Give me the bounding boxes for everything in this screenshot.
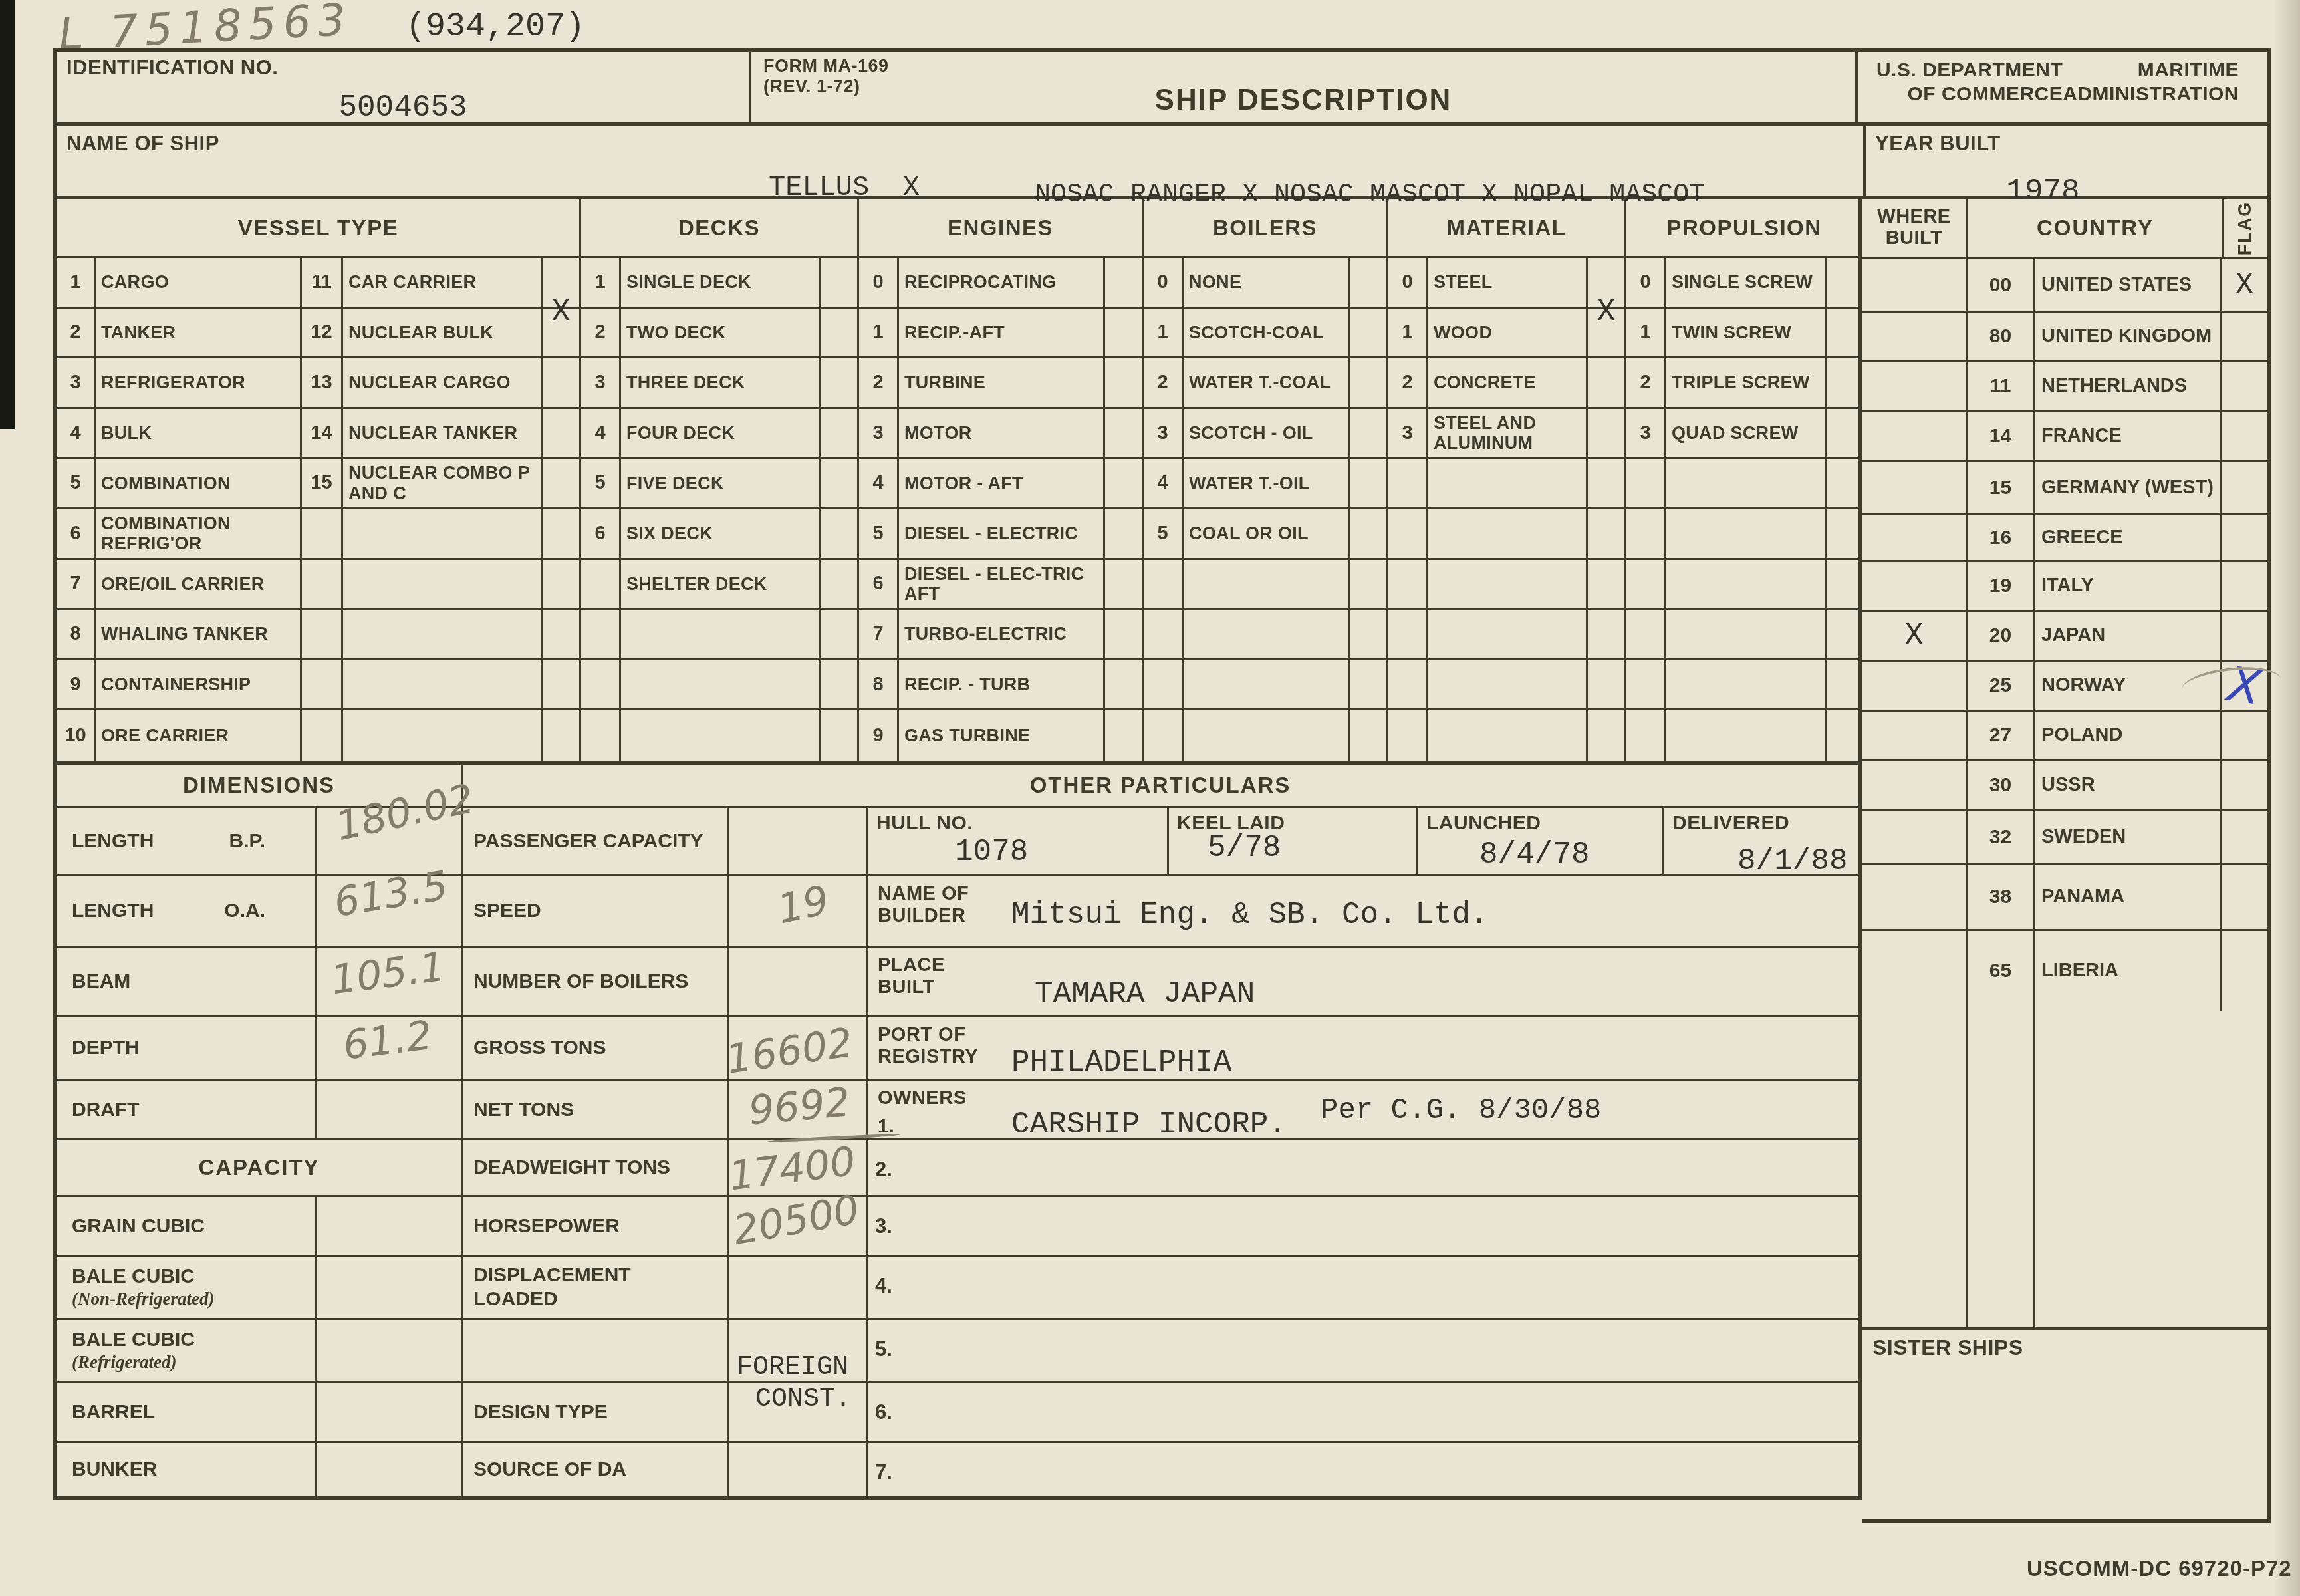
material-num: 1 — [1388, 309, 1428, 359]
propulsion-label — [1666, 509, 1827, 560]
decks-checkbox — [821, 258, 859, 309]
net-tons-value: 9692 — [729, 1081, 868, 1140]
where-built-cell — [1862, 362, 1968, 412]
bale-cubic-nr-value — [317, 1257, 463, 1320]
other-particulars-header: OTHER PARTICULARS — [463, 765, 1858, 808]
vessel-type-num: 12 — [302, 309, 343, 359]
classification-grid: VESSEL TYPE DECKS ENGINES BOILERS MATERI… — [53, 199, 1862, 765]
vessel-type-checkbox — [543, 509, 581, 560]
propulsion-checkbox — [1827, 459, 1862, 509]
ship-name-value: TELLUS X — [769, 172, 920, 203]
dimensions-particulars-grid: DIMENSIONS OTHER PARTICULARS LENGTHB.P. … — [53, 765, 1862, 1500]
vessel-type-label: COMBINATION REFRIG'OR — [96, 509, 302, 560]
engines-label: RECIP. - TURB — [899, 660, 1105, 711]
flag-cell — [2222, 811, 2267, 864]
year-built-label: YEAR BUILT — [1875, 132, 2001, 156]
country-name: GERMANY (WEST) — [2035, 462, 2222, 515]
decks-num — [581, 660, 621, 711]
source-of-data-value — [729, 1443, 868, 1496]
department-box: U.S. DEPARTMENT OF COMMERCE MARITIME ADM… — [1858, 52, 2267, 122]
where-built-cell: X — [1862, 612, 1968, 662]
particulars-row-5: 5. — [868, 1320, 1858, 1383]
displacement-loaded-value — [729, 1257, 868, 1320]
horsepower-value: 20500 — [729, 1197, 868, 1257]
propulsion-label — [1666, 560, 1827, 610]
material-num — [1388, 660, 1428, 711]
where-built-cell — [1862, 562, 1968, 612]
vessel-type-label: COMBINATION — [96, 459, 302, 509]
country-code: 20 — [1968, 612, 2035, 662]
boilers-num: 3 — [1144, 409, 1184, 460]
boilers-label — [1184, 560, 1350, 610]
boilers-num — [1144, 660, 1184, 711]
keel-laid-cell: KEEL LAID 5/78 — [1169, 808, 1418, 874]
engines-num: 0 — [859, 258, 899, 309]
draft-value — [317, 1081, 463, 1140]
launched-cell: LAUNCHED 8/4/78 — [1418, 808, 1664, 874]
form-print-code: USCOMM-DC 69720-P72 — [2027, 1556, 2292, 1581]
design-type-value-line2: CONST. — [729, 1383, 868, 1443]
engines-label: RECIPROCATING — [899, 258, 1105, 309]
propulsion-checkbox — [1827, 358, 1862, 409]
propulsion-checkbox — [1827, 610, 1862, 660]
boilers-checkbox — [1350, 710, 1388, 761]
vessel-type-label — [343, 710, 543, 761]
where-built-cell — [1862, 462, 1968, 515]
country-name: LIBERIA — [2035, 931, 2222, 1011]
vessel-type-num — [302, 560, 343, 610]
country-name: UNITED STATES — [2035, 259, 2222, 313]
vessel-type-checkbox — [543, 560, 581, 610]
flag-cell — [2222, 412, 2267, 462]
department-label: U.S. DEPARTMENT OF COMMERCE MARITIME ADM… — [1858, 59, 2253, 106]
country-code: 27 — [1968, 712, 2035, 761]
material-label — [1428, 610, 1588, 660]
vessel-type-label — [343, 610, 543, 660]
vessel-type-label: ORE CARRIER — [96, 710, 302, 761]
bale-cubic-nr-label: BALE CUBIC(Non-Refrigerated) — [57, 1257, 317, 1320]
engines-num: 1 — [859, 309, 899, 359]
particulars-row-2: 2. — [868, 1140, 1858, 1197]
vessel-type-num: 10 — [57, 710, 96, 761]
displacement-loaded-label: DISPLACEMENT LOADED — [463, 1257, 729, 1320]
boilers-checkbox — [1350, 610, 1388, 660]
decks-num: 1 — [581, 258, 621, 309]
decks-label: SINGLE DECK — [621, 258, 821, 309]
propulsion-label — [1666, 660, 1827, 711]
material-label: STEEL — [1428, 258, 1588, 309]
length-oa-label: LENGTHO.A. — [57, 876, 317, 948]
decks-num — [581, 560, 621, 610]
country-name: UNITED KINGDOM — [2035, 313, 2222, 362]
vessel-type-label: NUCLEAR TANKER — [343, 409, 543, 460]
material-checkbox: X — [1588, 258, 1626, 309]
boilers-checkbox — [1350, 660, 1388, 711]
particulars-row-6: 6. — [868, 1383, 1858, 1443]
engines-label: TURBINE — [899, 358, 1105, 409]
country-header: COUNTRY — [1968, 199, 2224, 257]
decks-label: FOUR DECK — [621, 409, 821, 460]
boilers-header: BOILERS — [1144, 199, 1388, 258]
material-header: MATERIAL — [1388, 199, 1626, 258]
material-num — [1388, 459, 1428, 509]
country-name: NETHERLANDS — [2035, 362, 2222, 412]
flag-pen-x-mark: X — [2224, 656, 2265, 716]
vessel-type-label: CARGO — [96, 258, 302, 309]
gross-tons-label: GROSS TONS — [463, 1017, 729, 1081]
vessel-type-num — [302, 610, 343, 660]
country-code: 65 — [1968, 931, 2035, 1011]
where-built-cell — [1862, 412, 1968, 462]
engines-checkbox — [1105, 710, 1144, 761]
engines-num: 8 — [859, 660, 899, 711]
engines-checkbox — [1105, 258, 1144, 309]
form-number-box: FORM MA-169 (REV. 1-72) SHIP DESCRIPTION — [751, 52, 1858, 122]
bunker-label: BUNKER — [57, 1443, 317, 1496]
propulsion-checkbox — [1827, 409, 1862, 460]
where-built-cell — [1862, 864, 1968, 931]
decks-num: 5 — [581, 459, 621, 509]
vessel-type-checkbox — [543, 660, 581, 711]
boilers-label: NONE — [1184, 258, 1350, 309]
decks-label: FIVE DECK — [621, 459, 821, 509]
country-code: 32 — [1968, 811, 2035, 864]
material-checkbox — [1588, 610, 1626, 660]
vessel-type-num: 2 — [57, 309, 96, 359]
material-checkbox — [1588, 660, 1626, 711]
where-built-cell — [1862, 313, 1968, 362]
engines-num: 9 — [859, 710, 899, 761]
where-built-cell — [1862, 761, 1968, 811]
material-label: STEEL AND ALUMINUM — [1428, 409, 1588, 460]
boilers-checkbox — [1350, 258, 1388, 309]
flag-cell: X — [2222, 259, 2267, 313]
propulsion-label: TWIN SCREW — [1666, 309, 1827, 359]
country-name: POLAND — [2035, 712, 2222, 761]
propulsion-num — [1626, 509, 1666, 560]
decks-label: TWO DECK — [621, 309, 821, 359]
boilers-num — [1144, 610, 1184, 660]
passenger-capacity-value — [729, 808, 868, 876]
decks-num: 3 — [581, 358, 621, 409]
propulsion-label: SINGLE SCREW — [1666, 258, 1827, 309]
propulsion-num — [1626, 710, 1666, 761]
country-code: 80 — [1968, 313, 2035, 362]
number-of-boilers-label: NUMBER OF BOILERS — [463, 948, 729, 1017]
vessel-type-label: TANKER — [96, 309, 302, 359]
port-of-registry-cell: PORT OFREGISTRY PHILADELPHIA — [868, 1017, 1858, 1081]
decks-header: DECKS — [581, 199, 859, 258]
propulsion-num — [1626, 459, 1666, 509]
length-bp-label: LENGTHB.P. — [57, 808, 317, 876]
boilers-checkbox — [1350, 509, 1388, 560]
boilers-label — [1184, 610, 1350, 660]
flag-cell — [2222, 612, 2267, 662]
sister-ships-box: SISTER SHIPS — [1862, 1327, 2267, 1519]
vessel-type-label — [343, 560, 543, 610]
engines-header: ENGINES — [859, 199, 1144, 258]
vessel-type-checkbox: X — [543, 258, 581, 309]
engines-checkbox — [1105, 358, 1144, 409]
country-code: 11 — [1968, 362, 2035, 412]
flag-cell — [2222, 761, 2267, 811]
horsepower-label: HORSEPOWER — [463, 1197, 729, 1257]
form-header-band: IDENTIFICATION NO. 5004653 FORM MA-169 (… — [53, 48, 2271, 126]
material-checkbox-x-mark: X — [1588, 295, 1624, 329]
country-code: 16 — [1968, 515, 2035, 562]
country-code: 00 — [1968, 259, 2035, 313]
engines-checkbox — [1105, 309, 1144, 359]
scan-edge-strip — [0, 0, 15, 429]
country-grid: 00UNITED STATESX80UNITED KINGDOM11NETHER… — [1862, 259, 2267, 1011]
vessel-type-checkbox — [543, 459, 581, 509]
vessel-type-label: ORE/OIL CARRIER — [96, 560, 302, 610]
decks-checkbox — [821, 610, 859, 660]
vessel-type-header: VESSEL TYPE — [57, 199, 581, 258]
engines-num: 5 — [859, 509, 899, 560]
decks-checkbox — [821, 409, 859, 460]
vessel-type-num: 14 — [302, 409, 343, 460]
flag-cell — [2222, 462, 2267, 515]
where-built-cell — [1862, 931, 1968, 1011]
flag-x-mark: X — [2236, 268, 2254, 303]
propulsion-num: 2 — [1626, 358, 1666, 409]
country-code: 19 — [1968, 562, 2035, 612]
propulsion-num: 3 — [1626, 409, 1666, 460]
engines-checkbox — [1105, 409, 1144, 460]
material-checkbox — [1588, 509, 1626, 560]
boilers-label: SCOTCH - OIL — [1184, 409, 1350, 460]
material-num: 3 — [1388, 409, 1428, 460]
vessel-type-label — [343, 509, 543, 560]
name-of-builder-cell: NAME OFBUILDER Mitsui Eng. & SB. Co. Ltd… — [868, 876, 1858, 948]
country-panel: WHERE BUILT COUNTRY FLAG 00UNITED STATES… — [1862, 199, 2271, 1523]
material-num — [1388, 560, 1428, 610]
boilers-num: 0 — [1144, 258, 1184, 309]
ship-name-box: NAME OF SHIP TELLUS X NOSAC RANGER X NOS… — [57, 126, 1866, 196]
vessel-type-label: NUCLEAR CARGO — [343, 358, 543, 409]
propulsion-label: QUAD SCREW — [1666, 409, 1827, 460]
source-of-data-label: SOURCE OF DA — [463, 1443, 729, 1496]
hull-no-cell: HULL NO. 1078 — [868, 808, 1169, 874]
propulsion-header: PROPULSION — [1626, 199, 1862, 258]
propulsion-label: TRIPLE SCREW — [1666, 358, 1827, 409]
boilers-checkbox — [1350, 309, 1388, 359]
gross-tons-value: 16602 — [729, 1017, 868, 1081]
delivered-cell: DELIVERED 8/1/88 — [1664, 808, 1858, 874]
where-built-cell — [1862, 811, 1968, 864]
engines-label: RECIP.-AFT — [899, 309, 1105, 359]
draft-label: DRAFT — [57, 1081, 317, 1140]
typed-number-annotation: (934,207) — [406, 8, 585, 46]
engines-checkbox — [1105, 560, 1144, 610]
vessel-type-label: WHALING TANKER — [96, 610, 302, 660]
material-label — [1428, 509, 1588, 560]
vessel-type-label: CONTAINERSHIP — [96, 660, 302, 711]
country-name: ITALY — [2035, 562, 2222, 612]
propulsion-num — [1626, 560, 1666, 610]
particulars-row-4: 4. — [868, 1257, 1858, 1320]
design-type-empty-label — [463, 1320, 729, 1383]
material-checkbox — [1588, 710, 1626, 761]
boilers-checkbox — [1350, 358, 1388, 409]
propulsion-label — [1666, 710, 1827, 761]
decks-checkbox — [821, 358, 859, 409]
design-type-value-line1: FOREIGN — [729, 1320, 868, 1383]
vessel-type-label: NUCLEAR COMBO P AND C — [343, 459, 543, 509]
deadweight-tons-label: DEADWEIGHT TONS — [463, 1140, 729, 1197]
country-panel-empty-area — [1862, 1011, 2267, 1327]
country-code: 38 — [1968, 864, 2035, 931]
material-num — [1388, 509, 1428, 560]
boilers-label: SCOTCH-COAL — [1184, 309, 1350, 359]
vessel-type-num: 7 — [57, 560, 96, 610]
boilers-num — [1144, 710, 1184, 761]
boilers-num: 2 — [1144, 358, 1184, 409]
material-checkbox — [1588, 459, 1626, 509]
scanned-form-page: L 7518563 (934,207) IDENTIFICATION NO. 5… — [0, 0, 2300, 1596]
decks-label: THREE DECK — [621, 358, 821, 409]
barrel-label: BARREL — [57, 1383, 317, 1443]
country-name: SWEDEN — [2035, 811, 2222, 864]
boilers-num: 1 — [1144, 309, 1184, 359]
decks-num — [581, 610, 621, 660]
boilers-label: COAL OR OIL — [1184, 509, 1350, 560]
boilers-checkbox — [1350, 560, 1388, 610]
flag-cell — [2222, 515, 2267, 562]
vessel-type-checkbox — [543, 409, 581, 460]
boilers-num: 4 — [1144, 459, 1184, 509]
material-checkbox — [1588, 358, 1626, 409]
engines-checkbox — [1105, 660, 1144, 711]
flag-cell — [2222, 931, 2267, 1011]
vessel-type-label: REFRIGERATOR — [96, 358, 302, 409]
where-built-x-mark: X — [1905, 618, 1924, 653]
decks-checkbox — [821, 710, 859, 761]
where-built-cell — [1862, 712, 1968, 761]
propulsion-checkbox — [1827, 258, 1862, 309]
engines-label: DIESEL - ELEC-TRIC AFT — [899, 560, 1105, 610]
decks-label — [621, 610, 821, 660]
decks-label — [621, 660, 821, 711]
decks-num: 2 — [581, 309, 621, 359]
vessel-type-checkbox — [543, 710, 581, 761]
sister-ships-label: SISTER SHIPS — [1872, 1335, 2023, 1360]
decks-checkbox — [821, 560, 859, 610]
vessel-type-num: 3 — [57, 358, 96, 409]
engines-label: MOTOR — [899, 409, 1105, 460]
country-code: 15 — [1968, 462, 2035, 515]
decks-num: 6 — [581, 509, 621, 560]
bale-cubic-r-label: BALE CUBIC(Refrigerated) — [57, 1320, 317, 1383]
propulsion-checkbox — [1827, 710, 1862, 761]
flag-cell — [2222, 562, 2267, 612]
particulars-row-3: 3. — [868, 1197, 1858, 1257]
boilers-num — [1144, 560, 1184, 610]
country-code: 30 — [1968, 761, 2035, 811]
engines-checkbox — [1105, 459, 1144, 509]
speed-value: 19 — [729, 876, 868, 948]
particulars-row-7: 7. — [868, 1443, 1858, 1496]
depth-label: DEPTH — [57, 1017, 317, 1081]
place-built-cell: PLACEBUILT TAMARA JAPAN — [868, 948, 1858, 1017]
propulsion-checkbox — [1827, 309, 1862, 359]
vessel-type-checkbox — [543, 358, 581, 409]
material-label: CONCRETE — [1428, 358, 1588, 409]
vessel-type-num: 5 — [57, 459, 96, 509]
propulsion-checkbox — [1827, 560, 1862, 610]
vessel-type-checkbox-x-mark: X — [543, 295, 579, 329]
material-label: WOOD — [1428, 309, 1588, 359]
material-num: 0 — [1388, 258, 1428, 309]
country-name: JAPAN — [2035, 612, 2222, 662]
country-name: PANAMA — [2035, 864, 2222, 931]
propulsion-checkbox — [1827, 660, 1862, 711]
number-of-boilers-value — [729, 948, 868, 1017]
material-num: 2 — [1388, 358, 1428, 409]
country-code: 14 — [1968, 412, 2035, 462]
vessel-type-num: 15 — [302, 459, 343, 509]
vessel-type-label — [343, 660, 543, 711]
flag-header: FLAG — [2224, 199, 2267, 257]
vessel-type-num — [302, 710, 343, 761]
propulsion-num — [1626, 610, 1666, 660]
where-built-cell — [1862, 662, 1968, 712]
vessel-type-num: 13 — [302, 358, 343, 409]
country-name: GREECE — [2035, 515, 2222, 562]
boilers-label — [1184, 660, 1350, 711]
vessel-type-num: 8 — [57, 610, 96, 660]
vessel-type-checkbox — [543, 610, 581, 660]
boilers-checkbox — [1350, 459, 1388, 509]
bunker-value — [317, 1443, 463, 1496]
design-type-label: DESIGN TYPE — [463, 1383, 729, 1443]
depth-value: 61.2 — [317, 1017, 463, 1081]
speed-label: SPEED — [463, 876, 729, 948]
material-checkbox — [1588, 409, 1626, 460]
flag-cell — [2222, 362, 2267, 412]
flag-cell — [2222, 712, 2267, 761]
material-num — [1388, 610, 1428, 660]
vessel-type-num: 1 — [57, 258, 96, 309]
country-name: USSR — [2035, 761, 2222, 811]
where-built-cell — [1862, 515, 1968, 562]
country-panel-header: WHERE BUILT COUNTRY FLAG — [1862, 199, 2267, 259]
engines-num: 3 — [859, 409, 899, 460]
where-built-cell — [1862, 259, 1968, 313]
engines-label: DIESEL - ELECTRIC — [899, 509, 1105, 560]
engines-checkbox — [1105, 610, 1144, 660]
vessel-type-num: 11 — [302, 258, 343, 309]
engines-label: TURBO-ELECTRIC — [899, 610, 1105, 660]
ship-name-band: NAME OF SHIP TELLUS X NOSAC RANGER X NOS… — [53, 126, 2271, 199]
paper-edge-shade — [2273, 0, 2300, 1596]
decks-checkbox — [821, 309, 859, 359]
decks-checkbox — [821, 459, 859, 509]
decks-checkbox — [821, 660, 859, 711]
length-oa-value: 613.5 — [317, 876, 463, 948]
boilers-label: WATER T.-OIL — [1184, 459, 1350, 509]
where-built-header: WHERE BUILT — [1862, 199, 1968, 257]
boilers-num: 5 — [1144, 509, 1184, 560]
engines-checkbox — [1105, 509, 1144, 560]
owners-cell: OWNERS1. CARSHIP INCORP. Per C.G. 8/30/8… — [868, 1081, 1858, 1140]
decks-num — [581, 710, 621, 761]
build-dates-cell: HULL NO. 1078 KEEL LAID 5/78 LAUNCHED 8/… — [868, 808, 1858, 876]
engines-label: MOTOR - AFT — [899, 459, 1105, 509]
bale-cubic-r-value — [317, 1320, 463, 1383]
propulsion-label — [1666, 610, 1827, 660]
